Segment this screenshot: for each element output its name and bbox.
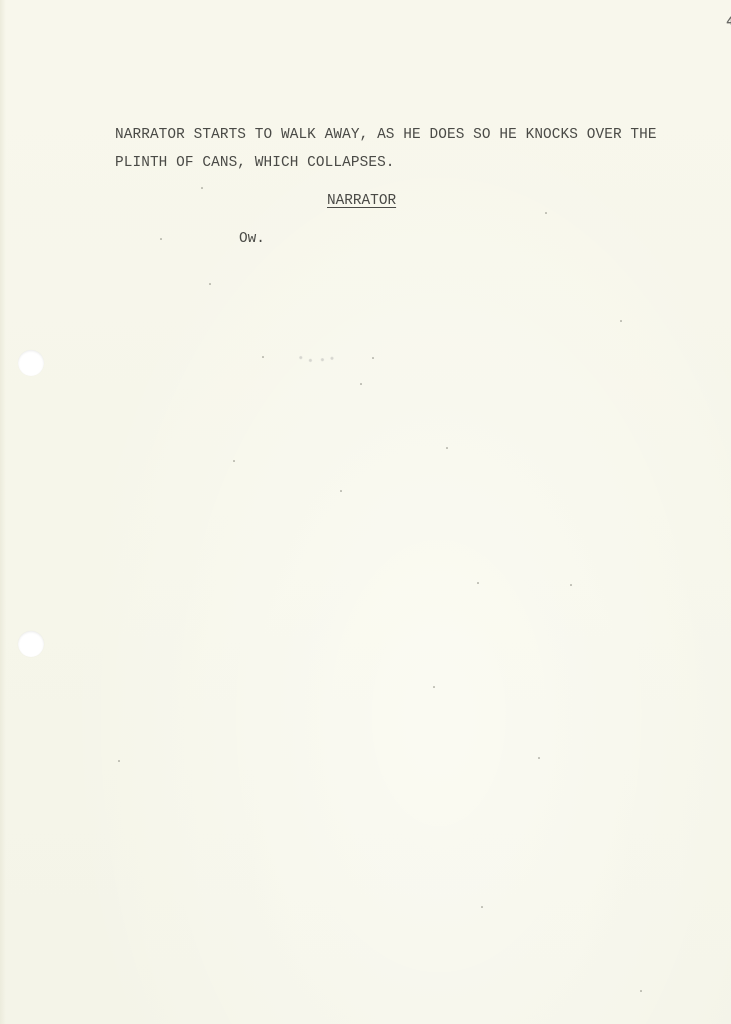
paper-edge-shading (0, 0, 6, 1024)
speck (201, 187, 203, 189)
dialogue-line: Ow. (239, 231, 265, 247)
stage-direction-line-1: NARRATOR STARTS TO WALK AWAY, AS HE DOES… (115, 127, 657, 143)
character-name: NARRATOR (327, 193, 396, 209)
speck (570, 584, 572, 586)
speck (118, 760, 120, 762)
speck (640, 990, 642, 992)
speck (360, 383, 362, 385)
speck (545, 212, 547, 214)
speck (538, 757, 540, 759)
speck (340, 490, 342, 492)
stage-direction: NARRATOR STARTS TO WALK AWAY, AS HE DOES… (115, 121, 675, 177)
speck (372, 357, 374, 359)
speck (160, 238, 162, 240)
paper-page: 4 NARRATOR STARTS TO WALK AWAY, AS HE DO… (0, 0, 731, 1024)
speck (209, 283, 211, 285)
speck (620, 320, 622, 322)
punch-hole-bottom (18, 631, 44, 657)
speck (477, 582, 479, 584)
speck (262, 356, 264, 358)
ink-smudge (296, 352, 344, 366)
speck (433, 686, 435, 688)
stage-direction-line-2: PLINTH OF CANS, WHICH COLLAPSES. (115, 155, 395, 171)
speck (481, 906, 483, 908)
punch-hole-top (18, 350, 44, 376)
page-number: 4 (726, 14, 731, 29)
speck (233, 460, 235, 462)
speck (446, 447, 448, 449)
